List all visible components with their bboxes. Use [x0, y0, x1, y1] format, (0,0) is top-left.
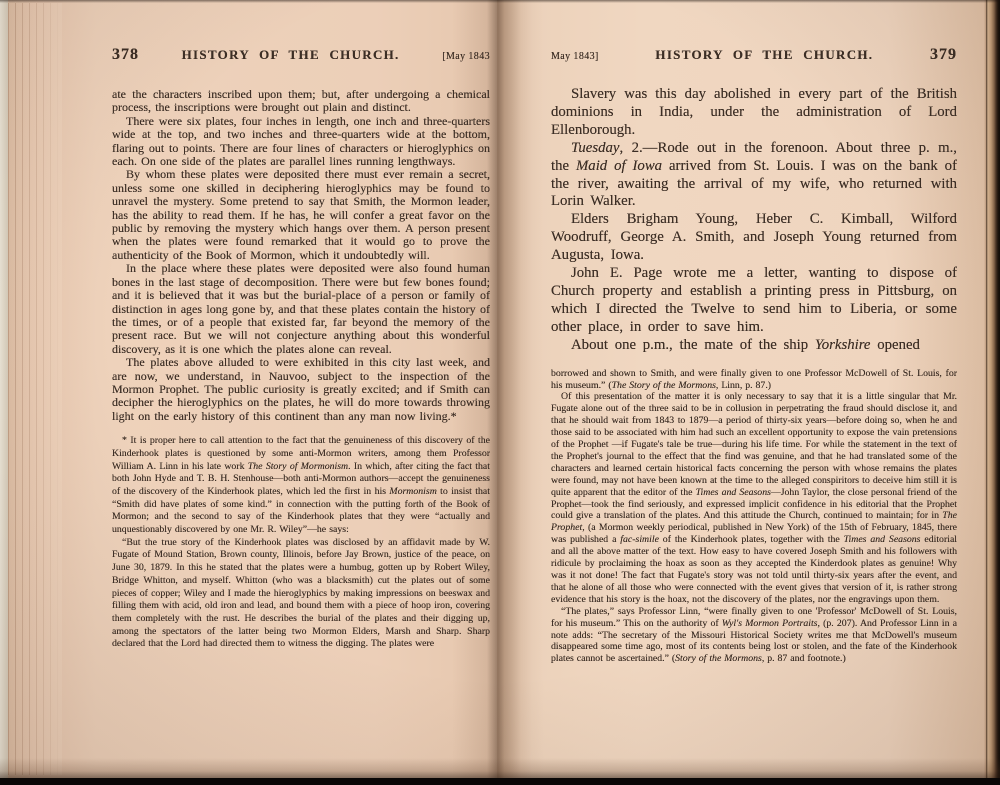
paragraph: Elders Brigham Young, Heber C. Kimball, … — [551, 211, 957, 265]
paragraph: John E. Page wrote me a letter, wanting … — [551, 265, 957, 337]
paragraph: “But the true story of the Kinderhook pl… — [112, 537, 490, 651]
paragraph: ate the characters inscribed upon them; … — [112, 88, 490, 115]
right-running-title: HISTORY OF THE CHURCH. — [655, 47, 873, 63]
left-page-number: 378 — [112, 46, 139, 64]
page-stack-edges-left — [8, 3, 62, 775]
page-stack-edges-right — [984, 0, 1000, 778]
book-scan: 378 HISTORY OF THE CHURCH. [May 1843 ate… — [0, 0, 1000, 785]
scan-top-edge — [0, 0, 1000, 3]
left-page-content: 378 HISTORY OF THE CHURCH. [May 1843 ate… — [112, 46, 490, 770]
paragraph: The plates above alluded to were exhibit… — [112, 356, 490, 423]
paragraph: By whom these plates were deposited ther… — [112, 168, 490, 262]
right-page-footnote: borrowed and shown to Smith, and were fi… — [551, 368, 957, 666]
paragraph: Tuesday, 2.—Rode out in the forenoon. Ab… — [551, 140, 957, 212]
paragraph: borrowed and shown to Smith, and were fi… — [551, 368, 957, 392]
paragraph: * It is proper here to call attention to… — [112, 435, 490, 537]
left-date-marker: [May 1843 — [442, 51, 490, 62]
scan-bottom-background — [0, 778, 1000, 785]
paragraph: Slavery was this day abolished in every … — [551, 86, 957, 140]
left-page-header: 378 HISTORY OF THE CHURCH. [May 1843 — [112, 46, 490, 64]
paragraph: Of this presentation of the matter it is… — [551, 391, 957, 605]
paragraph: There were six plates, four inches in le… — [112, 115, 490, 169]
left-page-footnote: * It is proper here to call attention to… — [112, 435, 490, 651]
left-running-title: HISTORY OF THE CHURCH. — [182, 47, 400, 63]
right-page-number: 379 — [930, 46, 957, 64]
paragraph: “The plates,” says Professor Linn, “were… — [551, 606, 957, 666]
right-page-body: Slavery was this day abolished in every … — [551, 86, 957, 355]
right-date-marker: May 1843] — [551, 51, 599, 62]
paragraph: About one p.m., the mate of the ship Yor… — [551, 337, 957, 355]
right-page-content: May 1843] HISTORY OF THE CHURCH. 379 Sla… — [551, 46, 957, 770]
left-page-body: ate the characters inscribed upon them; … — [112, 88, 490, 423]
scanner-edge-left — [0, 0, 8, 778]
paragraph: In the place where these plates were dep… — [112, 262, 490, 356]
right-page-header: May 1843] HISTORY OF THE CHURCH. 379 — [551, 46, 957, 64]
